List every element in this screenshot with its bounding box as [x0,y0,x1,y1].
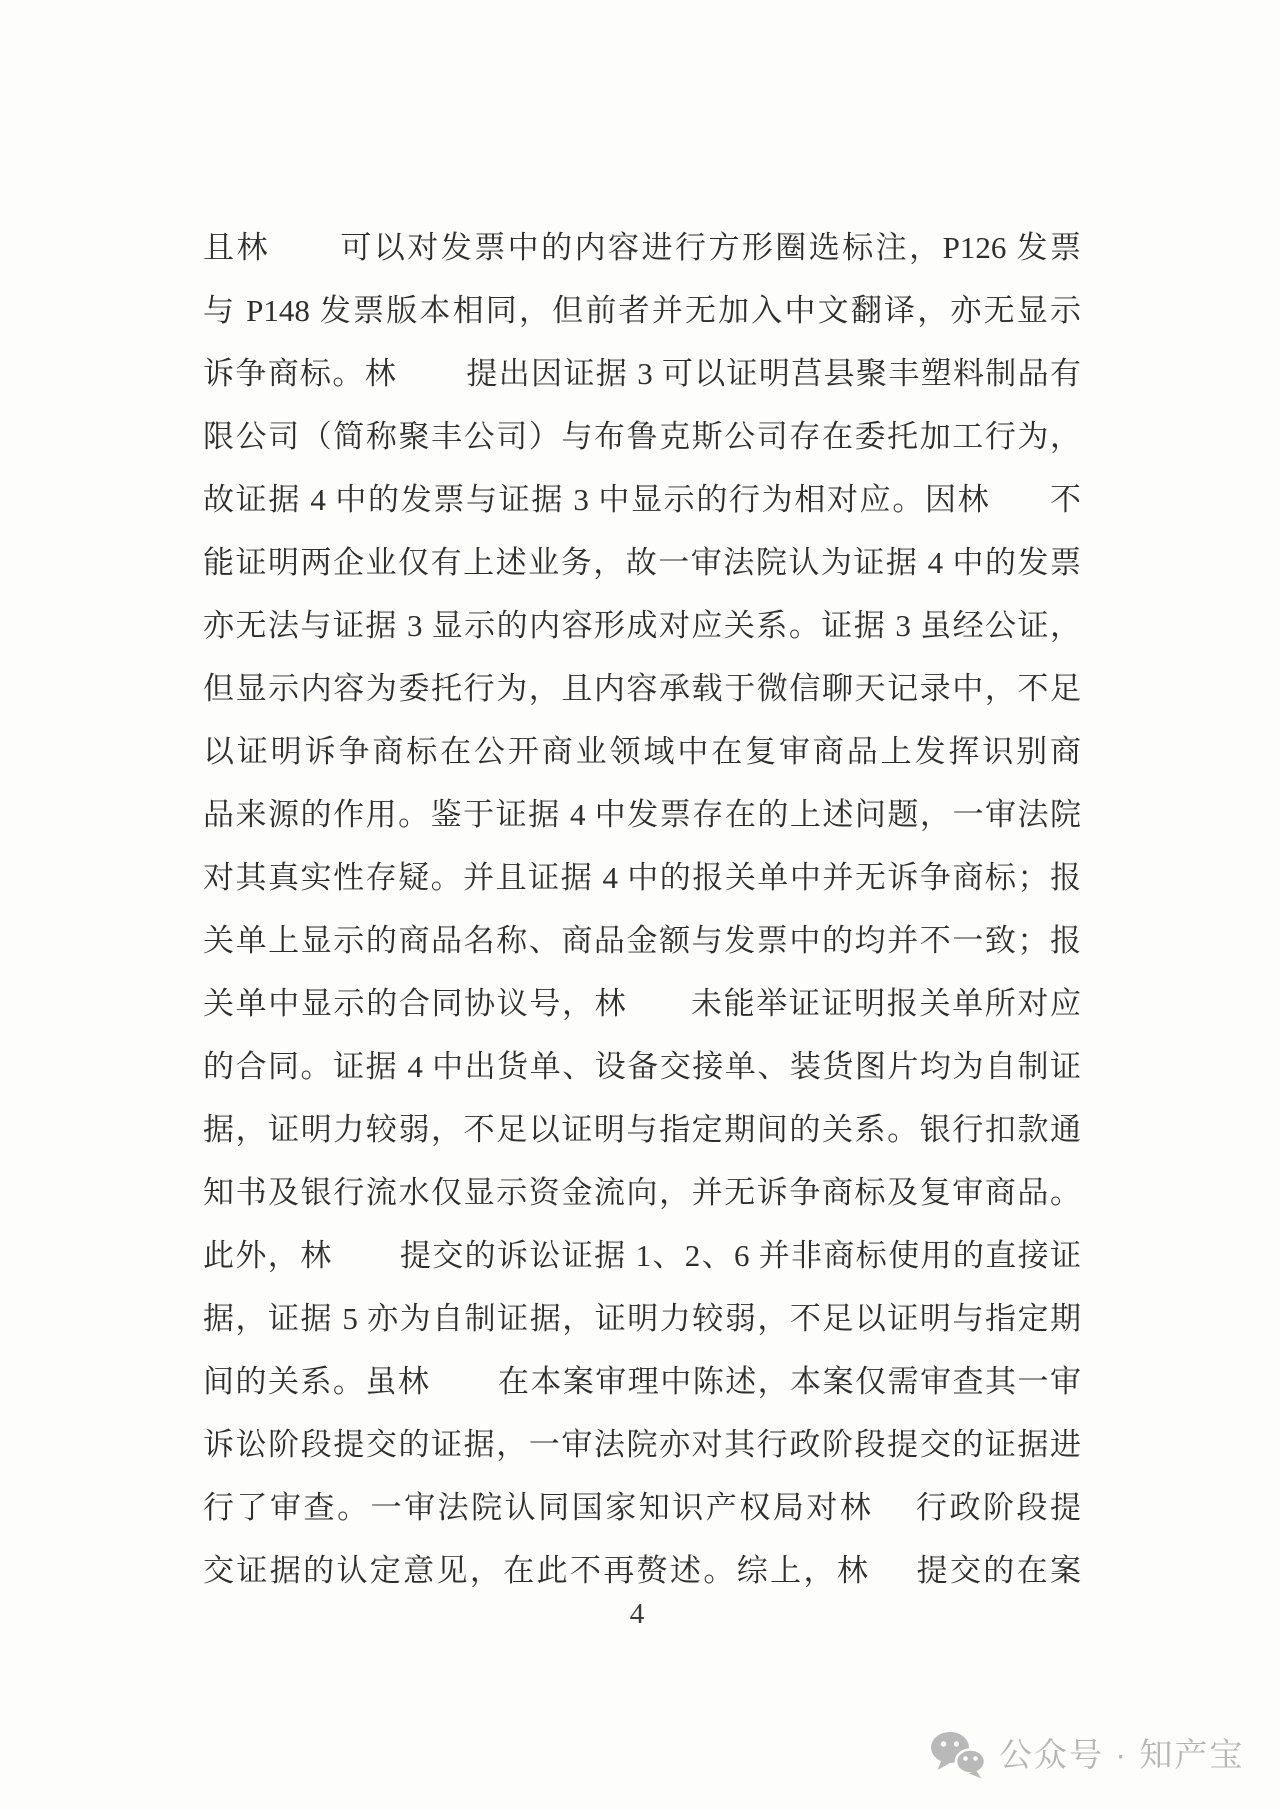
text-line: 且林可以对发票中的内容进行方形圈选标注，P126 发票 [203,216,1081,279]
text-segment: 且林 [203,230,270,265]
text-line: 关单中显示的合同协议号，林未能举证证明报关单所对应 [203,972,1081,1035]
text-segment: 据，证据 5 亦为自制证据，证明力较弱，不足以证明与指定期 [203,1301,1081,1336]
text-segment: 与 P148 发票版本相同，但前者并无加入中文翻译，亦无显示 [203,293,1081,328]
text-segment: 行政阶段提 [913,1490,1081,1525]
watermark: 公众号 · 知产宝 [930,1731,1244,1779]
text-segment: 此外，林 [203,1238,332,1273]
text-line: 诉讼阶段提交的证据，一审法院亦对其行政阶段提交的证据进 [203,1413,1081,1476]
text-line: 能证明两企业仅有上述业务，故一审法院认为证据 4 中的发票 [203,531,1081,594]
text-line: 亦无法与证据 3 显示的内容形成对应关系。证据 3 虽经公证， [203,594,1081,657]
wechat-icon [930,1731,986,1779]
text-segment: 交证据的认定意见，在此不再赘述。综上，林 [203,1553,870,1588]
text-line: 此外，林提交的诉讼证据 1、2、6 并非商标使用的直接证 [203,1224,1081,1287]
redacted-name-gap [397,380,465,384]
text-segment: 限公司（简称聚丰公司）与布鲁克斯公司存在委托加工行为， [203,419,1081,454]
text-line: 但显示内容为委托行为，且内容承载于微信聊天记录中，不足 [203,657,1081,720]
text-segment: 据，证明力较弱，不足以证明与指定期间的关系。银行扣款通 [203,1112,1081,1147]
text-segment: 品来源的作用。鉴于证据 4 中发票存在的上述问题，一审法院 [203,797,1081,832]
document-body: 且林可以对发票中的内容进行方形圈选标注，P126 发票与 P148 发票版本相同… [203,216,1081,1602]
text-segment: 关单上显示的商品名称、商品金额与发票中的均并不一致；报 [203,923,1081,958]
text-segment: 未能举证证明报关单所对应 [689,986,1081,1021]
text-segment: 行了审查。一审法院认同国家知识产权局对林 [203,1490,873,1525]
text-line: 间的关系。虽林在本案审理中陈述，本案仅需审查其一审 [203,1350,1081,1413]
text-segment: 提交的诉讼证据 1、2、6 并非商标使用的直接证 [398,1238,1081,1273]
text-segment: 提出因证据 3 可以证明莒县聚丰塑料制品有 [465,356,1081,391]
text-line: 品来源的作用。鉴于证据 4 中发票存在的上述问题，一审法院 [203,783,1081,846]
text-segment: 但显示内容为委托行为，且内容承载于微信聊天记录中，不足 [203,671,1081,706]
text-segment: 在本案审理中陈述，本案仅需审查其一审 [496,1364,1081,1399]
text-line: 交证据的认定意见，在此不再赘述。综上，林提交的在案 [203,1539,1081,1602]
text-segment: 能证明两企业仅有上述业务，故一审法院认为证据 4 中的发票 [203,545,1081,580]
text-segment: 不 [1048,482,1081,517]
text-segment: 以证明诉争商标在公开商业领域中在复审商品上发挥识别商 [203,734,1081,769]
redacted-name-gap [870,1577,914,1581]
text-line: 对其真实性存疑。并且证据 4 中的报关单中并无诉争商标；报 [203,846,1081,909]
text-line: 故证据 4 中的发票与证据 3 中显示的行为相对应。因林不 [203,468,1081,531]
text-line: 关单上显示的商品名称、商品金额与发票中的均并不一致；报 [203,909,1081,972]
text-line: 以证明诉争商标在公开商业领域中在复审商品上发挥识别商 [203,720,1081,783]
text-segment: 诉争商标。林 [203,356,397,391]
watermark-text: 公众号 · 知产宝 [999,1731,1244,1779]
text-segment: 关单中显示的合同协议号，林 [203,986,627,1021]
redacted-name-gap [873,1514,913,1518]
text-segment: 故证据 4 中的发票与证据 3 中显示的行为相对应。因林 [203,482,990,517]
text-line: 限公司（简称聚丰公司）与布鲁克斯公司存在委托加工行为， [203,405,1081,468]
text-segment: 对其真实性存疑。并且证据 4 中的报关单中并无诉争商标；报 [203,860,1081,895]
text-line: 与 P148 发票版本相同，但前者并无加入中文翻译，亦无显示 [203,279,1081,342]
text-segment: 的合同。证据 4 中出货单、设备交接单、装货图片均为自制证 [203,1049,1081,1084]
text-line: 诉争商标。林提出因证据 3 可以证明莒县聚丰塑料制品有 [203,342,1081,405]
redacted-name-gap [627,1010,689,1014]
text-segment: 间的关系。虽林 [203,1364,430,1399]
redacted-name-gap [430,1388,496,1392]
scanned-page: 且林可以对发票中的内容进行方形圈选标注，P126 发票与 P148 发票版本相同… [0,0,1280,1810]
redacted-name-gap [332,1262,398,1266]
redacted-name-gap [990,506,1048,510]
text-line: 据，证明力较弱，不足以证明与指定期间的关系。银行扣款通 [203,1098,1081,1161]
text-segment: 诉讼阶段提交的证据，一审法院亦对其行政阶段提交的证据进 [203,1427,1081,1462]
redacted-name-gap [270,254,338,258]
text-segment: 可以对发票中的内容进行方形圈选标注，P126 发票 [338,230,1081,265]
text-line: 知书及银行流水仅显示资金流向，并无诉争商标及复审商品。 [203,1161,1081,1224]
page-number: 4 [0,1598,1274,1631]
text-line: 行了审查。一审法院认同国家知识产权局对林行政阶段提 [203,1476,1081,1539]
text-line: 的合同。证据 4 中出货单、设备交接单、装货图片均为自制证 [203,1035,1081,1098]
text-segment: 提交的在案 [914,1553,1081,1588]
text-segment: 知书及银行流水仅显示资金流向，并无诉争商标及复审商品。 [203,1175,1081,1210]
text-segment: 亦无法与证据 3 显示的内容形成对应关系。证据 3 虽经公证， [203,608,1081,643]
text-line: 据，证据 5 亦为自制证据，证明力较弱，不足以证明与指定期 [203,1287,1081,1350]
